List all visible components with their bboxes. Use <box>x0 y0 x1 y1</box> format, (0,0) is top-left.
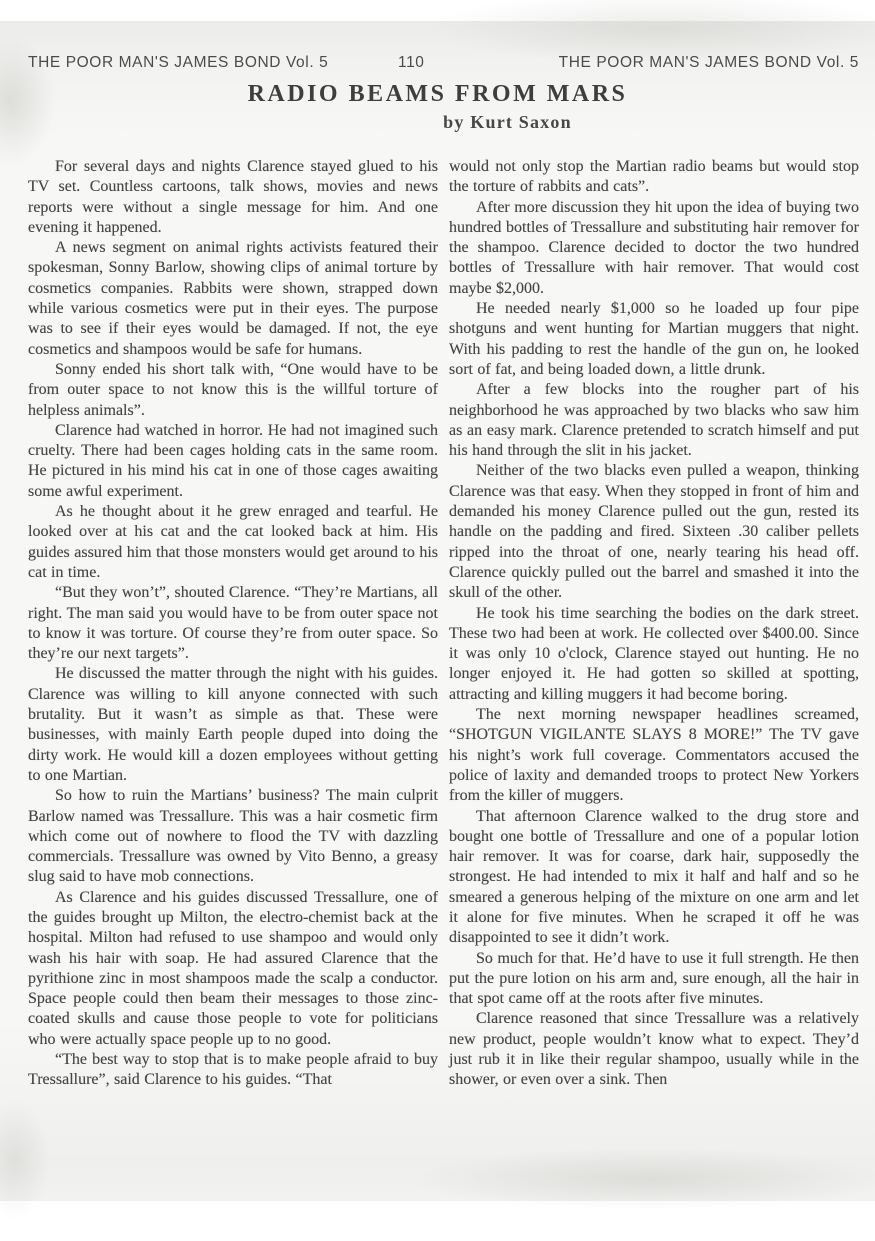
paragraph: As Clarence and his guides discussed Tre… <box>28 888 438 1050</box>
paragraph: Clarence had watched in horror. He had n… <box>28 421 438 502</box>
paragraph: The next morning newspaper headlines scr… <box>449 705 859 806</box>
running-header-right: THE POOR MAN'S JAMES BOND Vol. 5 <box>559 54 859 72</box>
paragraph: So how to ruin the Martians’ business? T… <box>28 786 438 887</box>
paragraph: So much for that. He’d have to use it fu… <box>449 949 859 1010</box>
paragraph: As he thought about it he grew enraged a… <box>28 502 438 583</box>
paragraph: He discussed the matter through the nigh… <box>28 664 438 786</box>
paragraph: After a few blocks into the rougher part… <box>449 380 859 461</box>
paragraph: Neither of the two blacks even pulled a … <box>449 461 859 603</box>
paragraph: For several days and nights Clarence sta… <box>28 157 438 238</box>
page-number: 110 <box>398 54 425 72</box>
paragraph: He took his time searching the bodies on… <box>449 604 859 705</box>
article-body: For several days and nights Clarence sta… <box>28 157 859 1091</box>
paragraph: After more discussion they hit upon the … <box>449 198 859 299</box>
right-column: would not only stop the Martian radio be… <box>449 157 859 1091</box>
paragraph: A news segment on animal rights activist… <box>28 238 438 360</box>
paragraph: He needed nearly $1,000 so he loaded up … <box>449 299 859 380</box>
article-title: RADIO BEAMS FROM MARS <box>0 81 875 108</box>
running-header-left: THE POOR MAN'S JAMES BOND Vol. 5 <box>28 54 328 72</box>
paragraph: That afternoon Clarence walked to the dr… <box>449 807 859 949</box>
paragraph: “The best way to stop that is to make pe… <box>28 1050 438 1091</box>
paragraph: “But they won’t”, shouted Clarence. “The… <box>28 583 438 664</box>
left-column: For several days and nights Clarence sta… <box>28 157 438 1091</box>
article-byline: by Kurt Saxon <box>70 112 875 133</box>
paragraph: Clarence reasoned that since Tressallure… <box>449 1009 859 1090</box>
paragraph: Sonny ended his short talk with, “One wo… <box>28 360 438 421</box>
paragraph: would not only stop the Martian radio be… <box>449 157 859 198</box>
